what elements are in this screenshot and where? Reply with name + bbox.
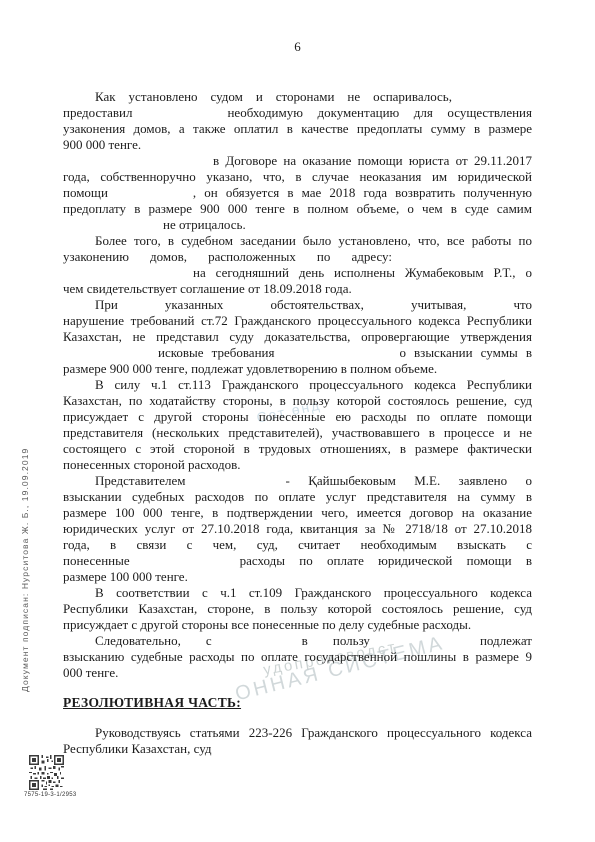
text-run: размере 100 000 тенге, в подтверждении ч… [63, 505, 532, 520]
text-run: взыскании судебных расходов по оплате ус… [63, 489, 532, 504]
text-run: о взыскании суммы в [399, 345, 532, 360]
redaction-gap [63, 163, 213, 165]
text-line: Республики Казахстан, стороне, в пользу … [63, 601, 532, 617]
document-page: Сот өндудопроизводстОННАЯ СИСТЕМА 6 Как … [0, 0, 595, 842]
text-run: Как установлено судом и сторонами не осп… [95, 89, 452, 104]
text-run: расходы по оплате юридической помощи в [240, 553, 532, 568]
text-line: В соответствии с ч.1 ст.109 Гражданского… [63, 585, 532, 601]
text-run: предоставил [63, 105, 132, 120]
text-run: помощи [63, 185, 108, 200]
text-run: Республики Казахстан, суд [63, 741, 212, 756]
text-run: В соответствии с ч.1 ст.109 Гражданского… [95, 585, 532, 600]
text-run: нарушение требований ст.72 Гражданского … [63, 313, 532, 328]
text-line: Следовательно, св пользуподлежат [63, 633, 532, 649]
text-line: на сегодняшний день исполнены Жумабековы… [63, 265, 532, 281]
text-line: 900 000 тенге. [63, 137, 532, 153]
text-line: взысканию судебные расходы по оплате гос… [63, 649, 532, 665]
text-run: Более того, в судебном заседании было ус… [95, 233, 532, 248]
text-run: взысканию судебные расходы по оплате гос… [63, 649, 532, 664]
text-line: года, в связи с чем, суд, считает необхо… [63, 537, 532, 553]
blank-line [63, 711, 532, 725]
text-run: исковые требования [158, 345, 274, 360]
text-line: предоплату в размере 900 000 тенге в пол… [63, 201, 532, 217]
document-body: Как установлено судом и сторонами не осп… [63, 89, 532, 757]
text-run: предоплату в размере 900 000 тенге в пол… [63, 201, 532, 216]
text-line: Казахстан, по ходатайству стороны, в пол… [63, 393, 532, 409]
text-run: узаконению домов, расположенных по адрес… [63, 249, 392, 264]
text-line: Представителем- Қайшыбековым М.Е. заявле… [63, 473, 532, 489]
text-run: При указанных обстоятельствах, учитывая,… [95, 297, 532, 312]
text-run: представителя (нескольких представителей… [63, 425, 532, 440]
redaction-gap [63, 595, 95, 597]
text-run: Республики Казахстан, стороне, в пользу … [63, 601, 532, 616]
text-line: Республики Казахстан, суд [63, 741, 532, 757]
qr-code-image [29, 755, 64, 790]
text-line: Руководствуясь статьями 223-226 Гражданс… [63, 725, 532, 741]
blank-line [63, 681, 532, 694]
text-run: В силу ч.1 ст.113 Гражданского процессуа… [95, 377, 532, 392]
text-line: юридических услуг от 27.10.2018 года, кв… [63, 521, 532, 537]
text-line: узаконению домов, расположенных по адрес… [63, 249, 532, 265]
redaction-gap [108, 195, 193, 197]
text-line: помощи, он обязуется в мае 2018 года воз… [63, 185, 532, 201]
text-line: Казахстан, не представил суду доказатель… [63, 329, 532, 345]
document-code: 7575-19-3-1/2953 [24, 792, 77, 798]
text-run: юридических услуг от 27.10.2018 года, кв… [63, 521, 532, 536]
text-line: размере 100 000 тенге, в подтверждении ч… [63, 505, 532, 521]
text-run: на сегодняшний день исполнены Жумабековы… [193, 265, 532, 280]
text-line: нарушение требований ст.72 Гражданского … [63, 313, 532, 329]
text-line: исковые требованияо взыскании суммы в [63, 345, 532, 361]
text-run: размере 100 000 тенге. [63, 569, 188, 584]
text-run: состоящего с этой стороной в трудовых от… [63, 441, 532, 456]
text-run: понесенные [63, 553, 130, 568]
text-run: подлежат [480, 633, 532, 648]
text-run: чем свидетельствует соглашение от 18.09.… [63, 281, 352, 296]
text-run: присуждает с другой стороны понесенные е… [63, 409, 532, 424]
redaction-gap [63, 735, 95, 737]
redaction-gap [63, 99, 95, 101]
text-line: предоставилнеобходимую документацию для … [63, 105, 532, 121]
redaction-gap [63, 355, 158, 357]
text-run: в Договоре на оказание помощи юриста от … [213, 153, 532, 168]
text-run: Следовательно, с [95, 633, 212, 648]
text-run: года, в связи с чем, суд, считает необхо… [63, 537, 532, 552]
text-run: 000 тенге. [63, 665, 118, 680]
section-heading: РЕЗОЛЮТИВНАЯ ЧАСТЬ: [63, 694, 532, 711]
redaction-gap [63, 483, 95, 485]
redaction-gap [370, 643, 480, 645]
text-run: в пользу [302, 633, 370, 648]
text-line: взыскании судебных расходов по оплате ус… [63, 489, 532, 505]
redaction-gap [212, 643, 302, 645]
text-line: При указанных обстоятельствах, учитывая,… [63, 297, 532, 313]
text-line: 000 тенге. [63, 665, 532, 681]
redaction-gap [130, 563, 240, 565]
text-line: не отрицалось. [63, 217, 532, 233]
text-run: 900 000 тенге. [63, 137, 141, 152]
text-run: размере 900 000 тенге, подлежат удовлетв… [63, 361, 437, 376]
redaction-gap [132, 115, 227, 117]
redaction-gap [186, 483, 286, 485]
text-line: присуждает с другой стороны понесенные е… [63, 409, 532, 425]
text-run: - Қайшыбековым М.Е. заявлено о [286, 473, 532, 488]
text-run: присуждает с другой стороны все понесенн… [63, 617, 471, 632]
text-run: понесенных стороной расходов. [63, 457, 241, 472]
redaction-gap [452, 99, 532, 101]
signature-margin-note: Документ подписан: Нурситова Ж. Б., 19.0… [20, 400, 30, 692]
text-run: РЕЗОЛЮТИВНАЯ ЧАСТЬ: [63, 695, 241, 710]
redaction-gap [63, 227, 163, 229]
redaction-gap [63, 243, 95, 245]
text-line: размере 900 000 тенге, подлежат удовлетв… [63, 361, 532, 377]
text-line: чем свидетельствует соглашение от 18.09.… [63, 281, 532, 297]
text-line: присуждает с другой стороны все понесенн… [63, 617, 532, 633]
text-run: не отрицалось. [163, 217, 246, 232]
redaction-gap [63, 643, 95, 645]
page-number: 6 [0, 39, 595, 55]
text-line: узаконения домов, а также оплатил в каче… [63, 121, 532, 137]
qr-code-icon [29, 755, 64, 790]
text-run: Казахстан, по ходатайству стороны, в пол… [63, 393, 532, 408]
text-line: представителя (нескольких представителей… [63, 425, 532, 441]
text-line: размере 100 000 тенге. [63, 569, 532, 585]
redaction-gap [63, 275, 193, 277]
text-line: В силу ч.1 ст.113 Гражданского процессуа… [63, 377, 532, 393]
text-run: Казахстан, не представил суду доказатель… [63, 329, 532, 344]
text-line: состоящего с этой стороной в трудовых от… [63, 441, 532, 457]
text-run: года, собственноручно указано, что, в сл… [63, 169, 532, 184]
text-run: узаконения домов, а также оплатил в каче… [63, 121, 532, 136]
text-line: года, собственноручно указано, что, в сл… [63, 169, 532, 185]
text-line: Как установлено судом и сторонами не осп… [63, 89, 532, 105]
redaction-gap [63, 387, 95, 389]
text-line: Более того, в судебном заседании было ус… [63, 233, 532, 249]
text-line: понесенныерасходы по оплате юридической … [63, 553, 532, 569]
redaction-gap [274, 355, 399, 357]
text-run: Руководствуясь статьями 223-226 Гражданс… [95, 725, 532, 740]
redaction-gap [392, 259, 532, 261]
text-line: понесенных стороной расходов. [63, 457, 532, 473]
text-line: в Договоре на оказание помощи юриста от … [63, 153, 532, 169]
redaction-gap [63, 307, 95, 309]
text-run: Представителем [95, 473, 186, 488]
text-run: , он обязуется в мае 2018 года возвратит… [193, 185, 532, 200]
text-run: необходимую документацию для осуществлен… [227, 105, 532, 120]
